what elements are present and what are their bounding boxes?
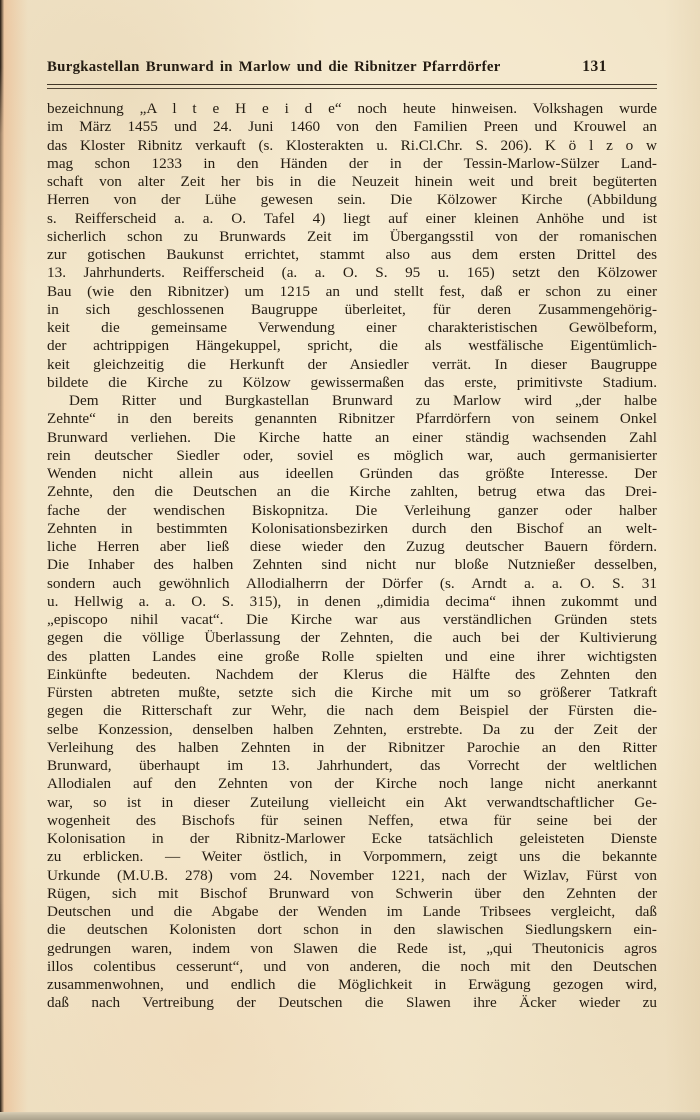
- text-line: „episcopo nihil vacat“. Die Kirche war a…: [47, 611, 657, 629]
- text-line: Die Inhaber des halben Zehnten sind nich…: [47, 556, 657, 574]
- text-line: mag schon 1233 in den Händen der in der …: [47, 155, 657, 173]
- text-line: 13. Jahrhunderts. Reifferscheid (a. a. O…: [47, 264, 657, 282]
- text-line: gegen die Ritterschaft zur Wehr, die nac…: [47, 702, 657, 720]
- text-line: Bau (wie den Ribnitzer) um 1215 an und s…: [47, 283, 657, 301]
- scan-left-edge-shadow: [0, 0, 6, 1120]
- text-line: zur gotischen Baukunst errichtet, stammt…: [47, 246, 657, 264]
- text-line: Brunward verliehen. Die Kirche hatte an …: [47, 429, 657, 447]
- text-line: Verleihung des halben Zehnten in der Rib…: [47, 739, 657, 757]
- text-line: Dem Ritter und Burgkastellan Brunward zu…: [47, 392, 657, 410]
- text-line: s. Reifferscheid a. a. O. Tafel 4) liegt…: [47, 210, 657, 228]
- text-line: Wenden nicht allein aus ideellen Gründen…: [47, 465, 657, 483]
- text-line: zusammenwohnen, und endlich die Möglichk…: [47, 976, 657, 994]
- text-line: Rügen, sich mit Bischof Brunward von Sch…: [47, 885, 657, 903]
- text-line: rein deutscher Siedler oder, soviel es m…: [47, 447, 657, 465]
- text-line: u. Hellwig a. a. O. S. 315), in denen „d…: [47, 593, 657, 611]
- text-line: sicherlich schon zu Brunwards Zeit im Üb…: [47, 228, 657, 246]
- text-line: illos colentibus cesserunt“, und von and…: [47, 958, 657, 976]
- scan-bottom-edge: [0, 1112, 700, 1120]
- text-line: sondern auch gewöhnlich Allodialherrn de…: [47, 575, 657, 593]
- text-line: war, so ist in dieser Zuteilung vielleic…: [47, 794, 657, 812]
- text-line: Zehnten in bestimmten Kolonisationsbezir…: [47, 520, 657, 538]
- running-header: Burgkastellan Brunward in Marlow und die…: [47, 58, 657, 76]
- text-line: schaft von alter Zeit her bis in die Neu…: [47, 173, 657, 191]
- double-rule: [47, 84, 657, 89]
- text-line: wogenheit des Bischofs für seinen Neffen…: [47, 812, 657, 830]
- text-line: selbe Konzession, denselben halben Zehnt…: [47, 721, 657, 739]
- text-line: zu erblicken. — Weiter östlich, in Vorpo…: [47, 848, 657, 866]
- body-text: bezeichnung „A l t e H e i d e“ noch heu…: [47, 100, 657, 1013]
- text-line: Kolonisation in der Ribnitz-Marlower Eck…: [47, 830, 657, 848]
- text-line: gedrungen waren, indem von Slawen die Re…: [47, 940, 657, 958]
- text-line: bildete die Kirche zu Kölzow gewissermaß…: [47, 374, 657, 392]
- text-line: keit die gemeinsame Verwendung einer cha…: [47, 319, 657, 337]
- text-line: Fürsten abtreten mußte, setzte sich die …: [47, 684, 657, 702]
- text-line: Zehnte“ in den bereits genannten Ribnitz…: [47, 410, 657, 428]
- text-line: des platten Landes eine große Rolle spie…: [47, 648, 657, 666]
- text-line: im März 1455 und 24. Juni 1460 von den F…: [47, 118, 657, 136]
- text-line: Herren von der Lühe gewesen sein. Die Kö…: [47, 191, 657, 209]
- text-line: daß nach Vertreibung der Deutschen die S…: [47, 994, 657, 1012]
- scan-left-blush: [0, 0, 28, 1120]
- text-line: in sich geschlossenen Baugruppe überleit…: [47, 301, 657, 319]
- text-line: Deutschen und die Abgabe der Wenden im L…: [47, 903, 657, 921]
- text-line: Allodialen auf den Zehnten von der Kirch…: [47, 775, 657, 793]
- text-line: keit gleichzeitig die Herkunft der Ansie…: [47, 356, 657, 374]
- header-title: Burgkastellan Brunward in Marlow und die…: [47, 59, 501, 76]
- page-number: 131: [582, 58, 607, 76]
- text-line: fache der wendischen Biskopnitza. Die Ve…: [47, 502, 657, 520]
- text-line: Urkunde (M.U.B. 278) vom 24. November 12…: [47, 867, 657, 885]
- scanned-page: Burgkastellan Brunward in Marlow und die…: [0, 0, 700, 1120]
- text-line: gegen die völlige Überlassung der Zehnte…: [47, 629, 657, 647]
- text-line: liche Herren aber ließ diese wieder den …: [47, 538, 657, 556]
- text-line: der achtrippigen Hängekuppel, spricht, d…: [47, 337, 657, 355]
- text-line: die deutschen Kolonisten dort schon in d…: [47, 921, 657, 939]
- text-line: Brunward, überhaupt im 13. Jahrhundert, …: [47, 757, 657, 775]
- text-line: Zehnte, den die Deutschen an die Kirche …: [47, 483, 657, 501]
- text-line: das Kloster Ribnitz verkauft (s. Kloster…: [47, 137, 657, 155]
- text-line: bezeichnung „A l t e H e i d e“ noch heu…: [47, 100, 657, 118]
- text-line: Einkünfte bedeuten. Nachdem der Klerus d…: [47, 666, 657, 684]
